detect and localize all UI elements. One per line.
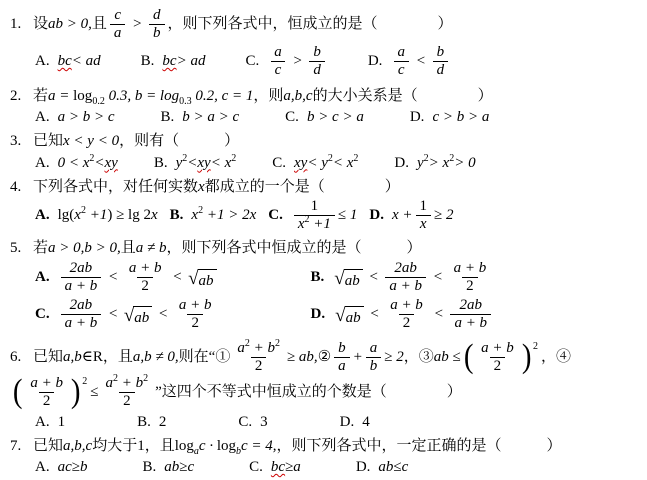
numerator: a [393,44,409,61]
option-label: B. [161,109,175,125]
denominator: 2 [119,392,135,410]
option-label: D. [410,109,425,125]
fraction: ba [334,340,350,376]
text-run: log [73,88,92,104]
math-run: a + b [179,297,212,313]
math-run: ab≤c [378,459,408,475]
text-run: 2 [43,393,51,409]
math-run: > [128,16,146,32]
text-run: 若 [33,240,48,256]
option-label: B. [154,155,168,171]
option-label: D. [311,306,326,322]
math-run: a [106,375,114,391]
math-run: < [366,306,384,322]
option: A.2aba + b < a + b2 < √ab [35,260,219,296]
question: 4.下列各式中，对任何实数x都成立的一个是（ ）A.lg(x2 +1) ≥ lg… [10,177,641,234]
text-run: log [217,438,236,454]
option-row: A.0 < x2<xyB.y2<xy< x2C.xy< y2< x2D.y2> … [10,153,641,174]
math-run: x [298,216,305,232]
option: C.2aba + b < √ab < a + b2 [35,297,219,333]
math-run: c = 1 [222,88,254,104]
math-run: 2ab [460,297,483,313]
math-run: < x [333,155,354,171]
math-run: a + b [65,315,98,331]
denominator: c [271,61,286,79]
option: C.1x2 +1≤ 1 [268,198,357,234]
option: C.3 [238,412,267,433]
denominator: a + b [385,277,426,295]
text-run: 都成立的一个是（ ） [205,179,400,195]
math-run: 0 < x [58,155,90,171]
question-stem: 3.已知x < y < 0，则有（ ） [10,131,641,151]
option: D.4 [340,412,370,433]
math-run: < [94,155,104,171]
option-label: B. [142,459,156,475]
option-label: A. [35,155,50,171]
question-stem: 2.若a = log0.2 0.3, b = log0.3 0.2, c = 1… [10,86,641,106]
math-run: < y [307,155,328,171]
option-row: A.ac≥bB.ab≥cC.bc≥aD.ab≤c [10,457,641,478]
square-root: √ab [334,269,362,292]
math-run: ≥a [285,459,301,475]
text-run: 若 [33,88,48,104]
denominator: b [149,24,165,42]
question-stem: 5.若a > 0,b > 0,且a ≠ b，则下列各式中恒成立的是（ ） [10,238,641,258]
option-label: A. [35,459,50,475]
spellcheck-squiggle-run: bc [162,53,176,69]
option-label: A. [35,207,50,223]
square-root: √ab [188,269,216,292]
math-run: ∈ [82,349,93,365]
math-run: b [153,25,161,41]
denominator: 2 [187,314,203,332]
math-run: a,b ≠ 0, [133,349,179,365]
question-number: 5. [10,238,33,258]
numerator: 1 [307,198,323,215]
denominator: c [394,61,409,79]
math-run: c [199,438,206,454]
text-run: log [175,438,194,454]
math-run: a = [48,88,73,104]
math-run: ab [346,310,361,326]
math-run: +1 [86,207,107,223]
text-run: lg( [58,207,75,223]
math-run: > ad [177,53,206,69]
text-run: ，则下列各式中，一定正确的是（ ） [277,438,562,454]
numerator: 1 [415,198,431,215]
question-stem: 6.已知a,b∈R，且a,b ≠ 0,则在“①a2 + b22≥ ab,②ba+… [10,340,641,411]
option-label: B. [137,414,151,430]
question-stem: 4.下列各式中，对任何实数x都成立的一个是（ ） [10,177,641,197]
subscript: 0.3 [179,96,192,107]
math-run: a + b [30,375,63,391]
denominator: 2 [251,357,267,375]
option: A.a > b > c [35,107,115,128]
question-number: 3. [10,131,33,151]
math-run: ≤ [90,384,98,400]
fraction: 2aba + b [61,260,102,296]
option: D.y2> x2> 0 [394,153,475,174]
spellcheck-squiggle-run: xy [294,155,307,171]
math-run: < [430,306,448,322]
option: D.ac < bd [368,44,451,80]
superscript: 2 [353,153,358,164]
option: C.bc≥a [249,457,301,478]
numerator: a + b [477,340,518,357]
text-run: 2 [403,315,411,331]
math-run: 0.2, [192,88,222,104]
denominator: 2 [137,277,153,295]
option: A.lg(x2 +1) ≥ lg 2x [35,205,158,226]
text-run: 2 [141,278,149,294]
option: B.2 [137,412,166,433]
math-run: a,b,c [63,438,92,454]
math-run: < [365,269,383,285]
question-number: 1. [10,14,33,34]
math-run: < x [211,155,232,171]
text-run: ，且 [145,438,175,454]
fraction: bd [309,44,325,80]
question-stem: 7.已知a,b,c均大于1，且logac · logbc = 4,，则下列各式中… [10,436,641,456]
text-run: 2 [494,358,502,374]
math-run: ab [345,273,360,289]
option-label: C. [238,414,252,430]
math-run: ab≥c [164,459,194,475]
option-row: A.lg(x2 +1) ≥ lg 2xB.x2 +1 > 2xC.1x2 +1≤… [10,198,641,234]
fraction: a + b2 [125,260,166,296]
option-label: B. [311,269,325,285]
radicand: ab [344,269,363,292]
question: 6.已知a,b∈R，且a,b ≠ 0,则在“①a2 + b22≥ ab,②ba+… [10,340,641,433]
option-label: D. [356,459,371,475]
math-run: a + b [454,260,487,276]
math-run: < [104,269,122,285]
option-label: C. [268,207,283,223]
math-run: +1 > 2x [203,207,256,223]
math-run: a [338,358,346,374]
fraction: 2aba + b [385,260,426,296]
math-run: c [275,62,282,78]
math-run: b > a > c [182,109,239,125]
math-run: c > b > a [432,109,489,125]
text-run: ，③ [404,349,434,365]
spellcheck-squiggle-run: xy [197,155,210,171]
text-run: 均大于 [92,438,137,454]
denominator: 2 [490,357,506,375]
option-label: C. [249,459,263,475]
math-run: ab > 0, [48,16,92,32]
option: C.b > c > a [285,107,364,128]
left-paren: ( [13,378,23,407]
numerator: a + b [386,297,427,314]
option-label: D. [369,207,384,223]
option-label: C. [35,306,50,322]
radicand: ab [133,306,152,329]
text-run: 2 [466,278,474,294]
denominator: a + b [450,314,491,332]
question-number: 4. [10,177,33,197]
option: B.x2 +1 > 2x [170,205,257,226]
numerator: d [149,7,165,24]
text-run: 1 [419,198,427,214]
text-run: 且 [92,16,107,32]
text-run: ，④ [541,349,571,365]
denominator: d [309,61,325,79]
text-run: 2 [123,393,131,409]
math-run: a + b [481,340,514,356]
text-run: ，则 [253,88,283,104]
math-run: b [370,358,378,374]
numerator: 2ab [66,297,97,314]
question-stem: 1.设ab > 0,且ca > db，则下列各式中，恒成立的是（ ） [10,7,641,43]
math-run: x < y < 0 [63,133,119,149]
superscript: 2 [143,373,148,384]
fraction: a + b2 [175,297,216,333]
fraction: ac [270,44,286,80]
question: 1.设ab > 0,且ca > db，则下列各式中，恒成立的是（ ）A.bc< … [10,7,641,79]
option-label: D. [394,155,409,171]
left-paren: ( [464,343,474,372]
denominator: x2 +1 [294,215,335,233]
numerator: a2 + b2 [233,340,284,357]
option: B.√ab < 2aba + b < a + b2 [311,260,494,296]
math-run: < [429,269,447,285]
option-label: D. [368,53,383,69]
option-label: D. [340,414,355,430]
denominator: a [334,357,350,375]
denominator: 2 [399,314,415,332]
question: 3.已知x < y < 0，则有（ ）A.0 < x2<xyB.y2<xy< x… [10,131,641,173]
math-run: +1 [310,216,331,232]
math-run: a + b [454,315,487,331]
text-run: 3 [260,414,268,430]
radicand: ab [198,269,217,292]
math-run: ab [134,310,149,326]
math-run: a + b [65,278,98,294]
math-run: = 4, [248,438,277,454]
text-run: 设 [33,16,48,32]
spellcheck-squiggle-run: xy [105,155,118,171]
fraction: a2 + b22 [102,375,153,411]
math-run: a [274,44,282,60]
option-label: A. [35,414,50,430]
math-run: b = log [135,88,179,104]
math-run: > [289,53,307,69]
fraction: 1x [415,198,431,234]
option: A.0 < x2<xy [35,153,118,174]
math-run: a > 0,b > 0, [48,240,121,256]
math-run: a,b [63,349,82,365]
option: D.√ab < a + b2 < 2aba + b [311,297,495,333]
option: B.ab≥c [142,457,194,478]
numerator: a + b [175,297,216,314]
math-run: 2ab [394,260,417,276]
denominator: a [110,24,126,42]
numerator: a + b [125,260,166,277]
text-run: 下列各式中，对任何实数 [33,179,198,195]
right-paren: ) [522,343,532,372]
option: A.bc< ad [35,51,101,72]
math-run: + [353,349,363,365]
fraction: a + b2 [386,297,427,333]
math-run: ac≥b [58,459,88,475]
math-run: ≥ ab, [287,349,318,365]
math-run: x [74,207,81,223]
text-run: “① [209,349,231,365]
fraction: a + b2 [450,260,491,296]
text-run: ，则下列各式中，恒成立的是（ ） [168,16,453,32]
numerator: 2ab [456,297,487,314]
math-run: 0.3, [105,88,135,104]
math-run: a ≠ b [136,240,167,256]
text-run: 4 [362,414,370,430]
fraction: bd [433,44,449,80]
math-run: 2ab [70,297,93,313]
option-label: C. [285,109,299,125]
text-run: 的大小关系是（ ） [313,88,493,104]
fraction: db [149,7,165,43]
denominator: d [433,61,449,79]
math-run: < ad [72,53,101,69]
math-run: y [417,155,424,171]
numerator: a [366,340,382,357]
option-label: C. [272,155,286,171]
numerator: b [309,44,325,61]
text-run: 已知 [33,349,63,365]
option: D.ab≤c [356,457,408,478]
paren-group: (a + b2)2 [463,340,539,376]
math-run: + b [250,340,275,356]
math-run: b > c > a [307,109,364,125]
text-run: 2 [255,358,263,374]
math-run: b [437,44,445,60]
numerator: a [270,44,286,61]
fraction: a + b2 [477,340,518,376]
math-run: < [154,306,172,322]
text-run: 且 [121,240,136,256]
option-label: B. [141,53,155,69]
group-superscript: 2 [82,375,87,389]
superscript: 2 [231,153,236,164]
question: 5.若a > 0,b > 0,且a ≠ b，则下列各式中恒成立的是（ ）A.2a… [10,238,641,332]
group-superscript: 2 [533,340,538,354]
numerator: a2 + b2 [102,375,153,392]
question-number: 2. [10,86,33,106]
text-run: ，且 [103,349,133,365]
fraction: ac [393,44,409,80]
option: B.y2<xy< x2 [154,153,236,174]
math-run: a > b > c [58,109,115,125]
math-run: ≥ 2 [434,207,453,223]
option-row: A.bc< adB.bc> adC.ac > bdD.ac < bd [10,44,641,80]
math-run: x [198,179,205,195]
option: B.bc> ad [141,51,206,72]
fraction: 1x2 +1 [294,198,335,234]
math-run: a + b [389,278,422,294]
superscript: 2 [275,338,280,349]
fraction: ca [110,7,126,43]
text-run: ② [318,349,331,365]
option-row: A.1B.2C.3D.4 [10,412,641,433]
math-run: d [437,62,445,78]
math-run: a [114,25,122,41]
spellcheck-squiggle-run: bc [271,459,285,475]
math-run: c [114,7,121,23]
option-label: A. [35,53,50,69]
math-run: a [370,340,378,356]
option-row: C.2aba + b < √ab < a + b2D.√ab < a + b2 … [10,297,641,333]
math-run: x [151,207,158,223]
square-root: √ab [335,306,363,329]
numerator: c [110,7,125,24]
question: 7.已知a,b,c均大于1，且logac · logbc = 4,，则下列各式中… [10,436,641,478]
text-run: 1 [58,414,66,430]
math-run: x + [392,207,413,223]
math-run: a + b [129,260,162,276]
math-run: < [187,155,197,171]
text-run: lg 2 [128,207,151,223]
option: B.b > a > c [161,107,240,128]
math-run: > 0 [454,155,475,171]
option-label: A. [35,269,50,285]
text-run: R [93,349,103,365]
text-run: ”这四个不等式中恒成立的个数是（ ） [155,384,462,400]
math-run: ≥ 2 [384,349,403,365]
fraction: a + b2 [26,375,67,411]
square-root: √ab [124,306,152,329]
option: A.ac≥b [35,457,87,478]
denominator: 2 [462,277,478,295]
math-run: x [420,216,427,232]
text-run: ，则有（ ） [119,133,239,149]
option: C.ac > bd [245,44,327,80]
math-run: b [313,44,321,60]
option-label: B. [170,207,184,223]
text-run: 2 [159,414,167,430]
numerator: a + b [26,375,67,392]
math-run: ab ≤ [434,349,461,365]
paren-group: (a + b2)2 [12,375,88,411]
math-run: c [398,62,405,78]
math-run: ab [199,273,214,289]
text-run: 则在 [179,349,209,365]
math-run: · [206,438,217,454]
math-run: < [412,53,430,69]
option: D.c > b > a [410,107,490,128]
math-run: d [153,7,161,23]
worksheet-document: 1.设ab > 0,且ca > db，则下列各式中，恒成立的是（ ）A.bc< … [0,0,647,478]
text-run: 1 [137,438,145,454]
question-number: 6. [10,347,33,367]
numerator: a + b [450,260,491,277]
math-run: a,b,c [283,88,312,104]
option-label: A. [35,109,50,125]
subscript: 0.2 [92,96,105,107]
fraction: ab [366,340,382,376]
math-run: c [241,438,248,454]
math-run: > x [429,155,450,171]
denominator: 2 [39,392,55,410]
text-run: 1 [311,198,319,214]
math-run: < [168,269,186,285]
fraction: a2 + b22 [233,340,284,376]
denominator: b [366,357,382,375]
numerator: 2ab [66,260,97,277]
question-list: 1.设ab > 0,且ca > db，则下列各式中，恒成立的是（ ）A.bc< … [10,7,641,478]
math-run: b [338,340,346,356]
numerator: b [334,340,350,357]
math-run: d [313,62,321,78]
